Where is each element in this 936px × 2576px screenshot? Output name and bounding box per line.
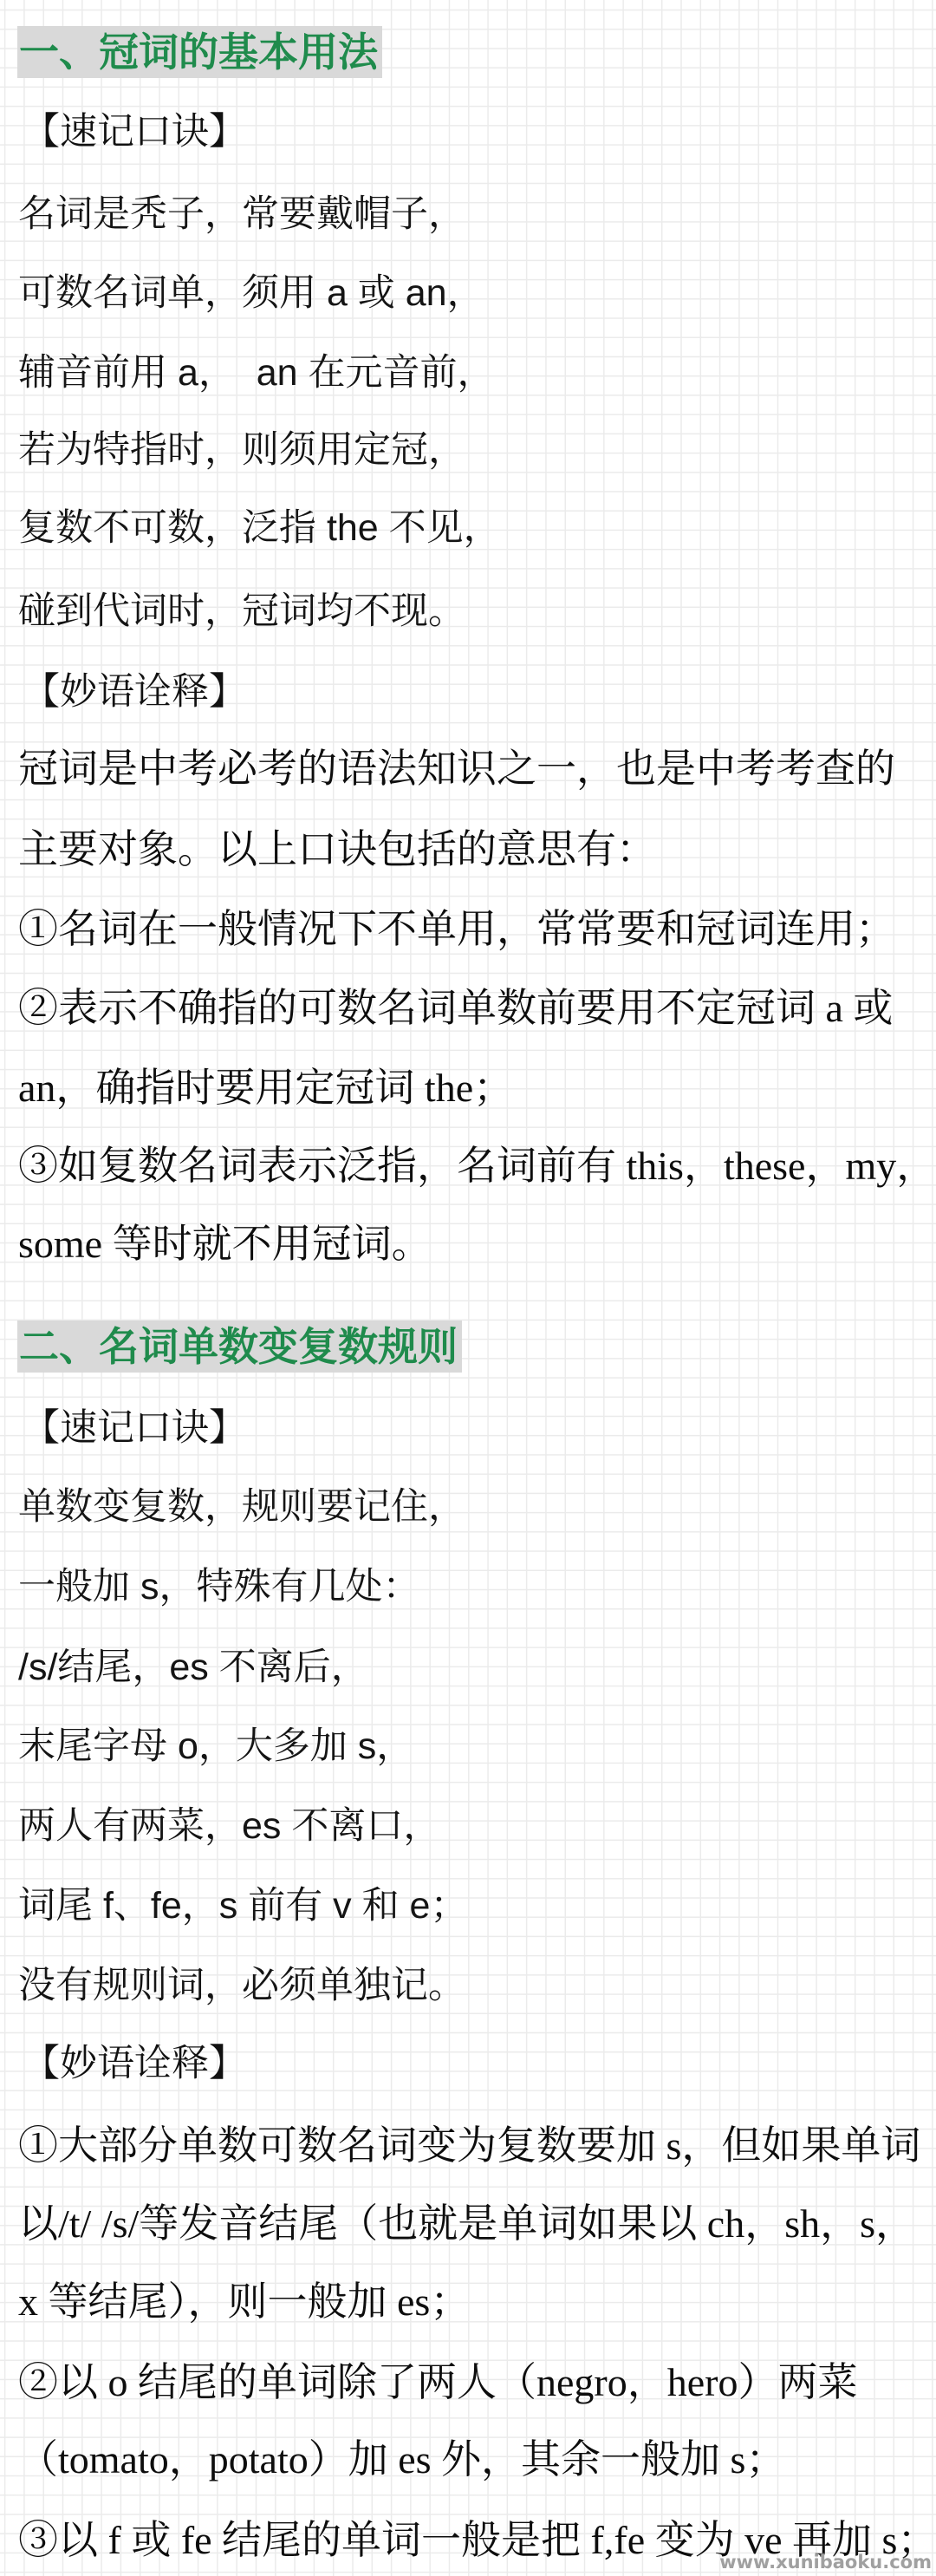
- explanation-label: 【妙语诠释】: [23, 666, 246, 718]
- watermark: www.xunibaoku.com: [719, 2549, 932, 2575]
- section-heading: 二、名词单数变复数规则: [17, 1321, 462, 1373]
- mnemonic-line: 复数不可数，泛指 the 不见，: [18, 502, 501, 554]
- explanation-line: 主要对象。以上口诀包括的意思有：: [18, 824, 656, 876]
- explanation-line: ②以 o 结尾的单词除了两人（negro，hero）两菜: [18, 2357, 857, 2409]
- mnemonic-line: /s/结尾，es 不离后，: [18, 1641, 368, 1693]
- mnemonic-line: 末尾字母 o，大多加 s，: [18, 1720, 413, 1772]
- mnemonic-line: 名词是秃子，常要戴帽子，: [18, 188, 465, 240]
- explanation-line: ①大部分单数可数名词变为复数要加 s，但如果单词: [18, 2120, 920, 2172]
- explanation-line: ②表示不确指的可数名词单数前要用不定冠词 a 或: [18, 982, 893, 1034]
- mnemonic-line: 词尾 f、fe，s 前有 v 和 e；: [18, 1880, 467, 1932]
- mnemonic-line: 若为特指时，则须用定冠，: [18, 424, 465, 476]
- mnemonic-line: 碰到代词时，冠词均不现。: [18, 585, 465, 637]
- mnemonic-line: 一般加 s，特殊有几处：: [18, 1561, 419, 1613]
- mnemonic-label: 【速记口诀】: [23, 1402, 246, 1454]
- section-heading: 一、冠词的基本用法: [17, 26, 382, 78]
- explanation-line: ③如复数名词表示泛指，名词前有 this，these，my，: [18, 1140, 936, 1192]
- explanation-line: x 等结尾），则一般加 es；: [18, 2276, 470, 2328]
- mnemonic-line: 单数变复数，规则要记住，: [18, 1481, 465, 1533]
- mnemonic-line: 两人有两菜，es 不离口，: [18, 1800, 440, 1852]
- explanation-line: ①名词在一般情况下不单用，常常要和冠词连用；: [18, 903, 895, 955]
- mnemonic-line: 没有规则词，必须单独记。: [18, 1960, 465, 2012]
- explanation-line: 冠词是中考必考的语法知识之一，也是中考考查的: [18, 743, 895, 795]
- explanation-label: 【妙语诠释】: [23, 2038, 246, 2090]
- explanation-line: 以/t/ /s/等发音结尾（也就是单词如果以 ch，sh，s，: [18, 2198, 915, 2250]
- explanation-line: （tomato，potato）加 es 外，其余一般加 s；: [18, 2434, 785, 2486]
- mnemonic-line: 辅音前用 a， an 在元音前，: [18, 347, 495, 399]
- explanation-line: an，确指时要用定冠词 the；: [18, 1062, 513, 1114]
- explanation-line: some 等时就不用冠词。: [18, 1218, 432, 1270]
- mnemonic-label: 【速记口诀】: [23, 106, 246, 158]
- article-page: 一、冠词的基本用法 【速记口诀】 名词是秃子，常要戴帽子， 可数名词单，须用 a…: [0, 0, 936, 2576]
- mnemonic-line: 可数名词单，须用 a 或 an，: [18, 267, 484, 319]
